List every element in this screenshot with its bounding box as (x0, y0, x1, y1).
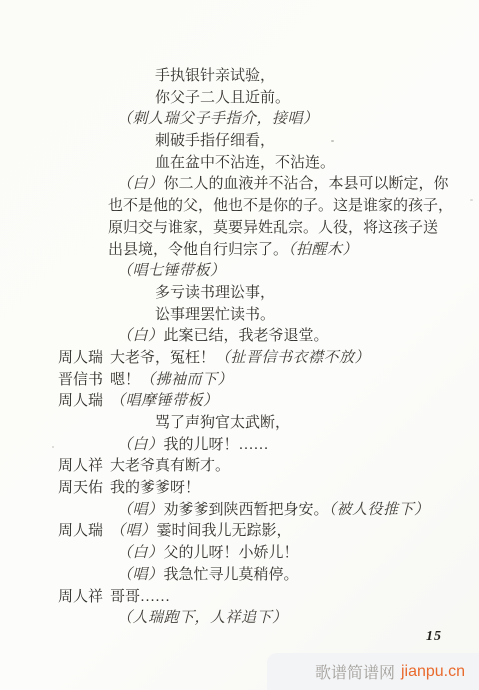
dialogue-text: 大老爷，冤枉！ (110, 350, 215, 366)
script-line: 你父子二人且近前。 (155, 88, 479, 110)
stage-direction-text: （唱摩锤带板） (110, 393, 219, 409)
script-line: 手执银针亲试验， (155, 66, 479, 88)
script-line: （白）我的儿呀！…… (117, 435, 479, 457)
dialogue-text: 你父子二人且近前。 (155, 90, 290, 106)
script-line: 原归交与谁家，莫要异姓乱宗。人役，将这孩子送 (108, 218, 479, 240)
dialogue-text: 讼事理罢忙读书。 (155, 307, 275, 323)
script-line: 骂了声狗官太武断， (155, 413, 479, 435)
stage-direction-text: （拂袖而下） (140, 372, 233, 388)
script-line-speaker: 晋信书嗯！（拂袖而下） (58, 370, 479, 392)
speaker-name: 周人祥 (58, 456, 110, 478)
stage-direction-text: （刺人瑞父子手指介，接唱） (117, 111, 319, 127)
scan-speck (331, 140, 334, 142)
script-line-speaker: 周人祥大老爷真有断才。 (58, 456, 479, 478)
speaker-name: 周人瑞 (58, 521, 110, 543)
script-line: 刺破手指仔细看， (155, 131, 479, 153)
scan-speck (470, 199, 473, 201)
scan-speck (52, 446, 54, 448)
speaker-name: 周人祥 (58, 587, 110, 609)
dialogue-text: 劝爹爹到陕西暂把身安。 (164, 502, 329, 518)
dialogue-text: 你二人的血液并不沾合，本县可以断定，你 (164, 176, 449, 192)
speaker-name: 周人瑞 (58, 348, 110, 370)
stage-direction-text: （扯晋信书衣襟不放） (215, 350, 370, 366)
script-line: 出县境，令他自行归宗了。（拍醒木） (108, 240, 479, 262)
dialogue-text: 大老爷真有断才。 (110, 458, 230, 474)
dialogue-text: 哥哥…… (110, 589, 170, 605)
speaker-name: 周天佑 (58, 478, 110, 500)
script-line: （唱七锤带板） (117, 261, 479, 283)
scan-speck (292, 157, 294, 159)
speaker-name: 晋信书 (58, 370, 110, 392)
dialogue-text: 血在盆中不沾连，不沾连。 (155, 155, 335, 171)
script-line: 也不是他的父，他也不是你的子。这是谁家的孩子， (108, 196, 479, 218)
stage-direction-text: （唱） (117, 567, 164, 583)
script-line-speaker: 周人祥哥哥…… (58, 587, 479, 609)
watermark-site-url[interactable]: jianpu.cn (401, 663, 465, 681)
stage-direction-text: （被人役推下） (329, 502, 430, 518)
dialogue-text: 嗯！ (110, 372, 140, 388)
stage-direction-text: （唱） (117, 502, 164, 518)
dialogue-text: 此案已结，我老爷退堂。 (164, 328, 329, 344)
dialogue-text: 刺破手指仔细看， (155, 133, 275, 149)
stage-direction-text: （白） (117, 328, 164, 344)
dialogue-text: 骂了声狗官太武断， (155, 415, 290, 431)
stage-direction-text: （拍醒木） (288, 242, 358, 258)
dialogue-text: 霎时间我儿无踪影， (157, 523, 292, 539)
dialogue-text: 父的儿呀！小娇儿！ (164, 545, 299, 561)
script-line: 多亏读书理讼事， (155, 283, 479, 305)
script-line: （唱）劝爹爹到陕西暂把身安。（被人役推下） (117, 500, 479, 522)
script-line: （白）此案已结，我老爷退堂。 (117, 326, 479, 348)
dialogue-text: 也不是他的父，他也不是你的子。这是谁家的孩子， (108, 198, 453, 214)
dialogue-text: 出县境，令他自行归宗了。 (108, 242, 288, 258)
page-number: 15 (426, 629, 442, 645)
script-line: （唱）我急忙寻儿莫稍停。 (117, 565, 479, 587)
script-line-speaker: 周天佑我的爹爹呀！ (58, 478, 479, 500)
watermark-band: 歌谱简谱网 jianpu.cn (267, 653, 479, 690)
script-text-block: 手执银针亲试验，你父子二人且近前。（刺人瑞父子手指介，接唱）刺破手指仔细看，血在… (0, 66, 479, 630)
dialogue-text: 我的儿呀！…… (164, 437, 269, 453)
dialogue-text: 多亏读书理讼事， (155, 285, 275, 301)
book-page: 手执银针亲试验，你父子二人且近前。（刺人瑞父子手指介，接唱）刺破手指仔细看，血在… (0, 0, 479, 690)
script-line-speaker: 周人瑞（唱）霎时间我儿无踪影， (58, 521, 479, 543)
stage-direction-text: （白） (117, 176, 164, 192)
script-line: （白）父的儿呀！小娇儿！ (117, 543, 479, 565)
speaker-name: 周人瑞 (58, 391, 110, 413)
stage-direction-text: （白） (117, 437, 164, 453)
script-line: 血在盆中不沾连，不沾连。 (155, 153, 479, 175)
script-line: （人瑞跑下，人祥追下） (117, 608, 479, 630)
script-line: （白）你二人的血液并不沾合，本县可以断定，你 (117, 174, 479, 196)
dialogue-text: 我的爹爹呀！ (110, 480, 200, 496)
dialogue-text: 原归交与谁家，莫要异姓乱宗。人役，将这孩子送 (108, 220, 438, 236)
stage-direction-text: （唱） (110, 523, 157, 539)
script-line: 讼事理罢忙读书。 (155, 305, 479, 327)
watermark-site-name: 歌谱简谱网 (315, 660, 395, 683)
stage-direction-text: （白） (117, 545, 164, 561)
dialogue-text: 我急忙寻儿莫稍停。 (164, 567, 299, 583)
script-line-speaker: 周人瑞（唱摩锤带板） (58, 391, 479, 413)
stage-direction-text: （唱七锤带板） (117, 263, 226, 279)
stage-direction-text: （人瑞跑下，人祥追下） (117, 610, 288, 626)
script-line-speaker: 周人瑞大老爷，冤枉！（扯晋信书衣襟不放） (58, 348, 479, 370)
dialogue-text: 手执银针亲试验， (155, 68, 275, 84)
script-line: （刺人瑞父子手指介，接唱） (117, 109, 479, 131)
